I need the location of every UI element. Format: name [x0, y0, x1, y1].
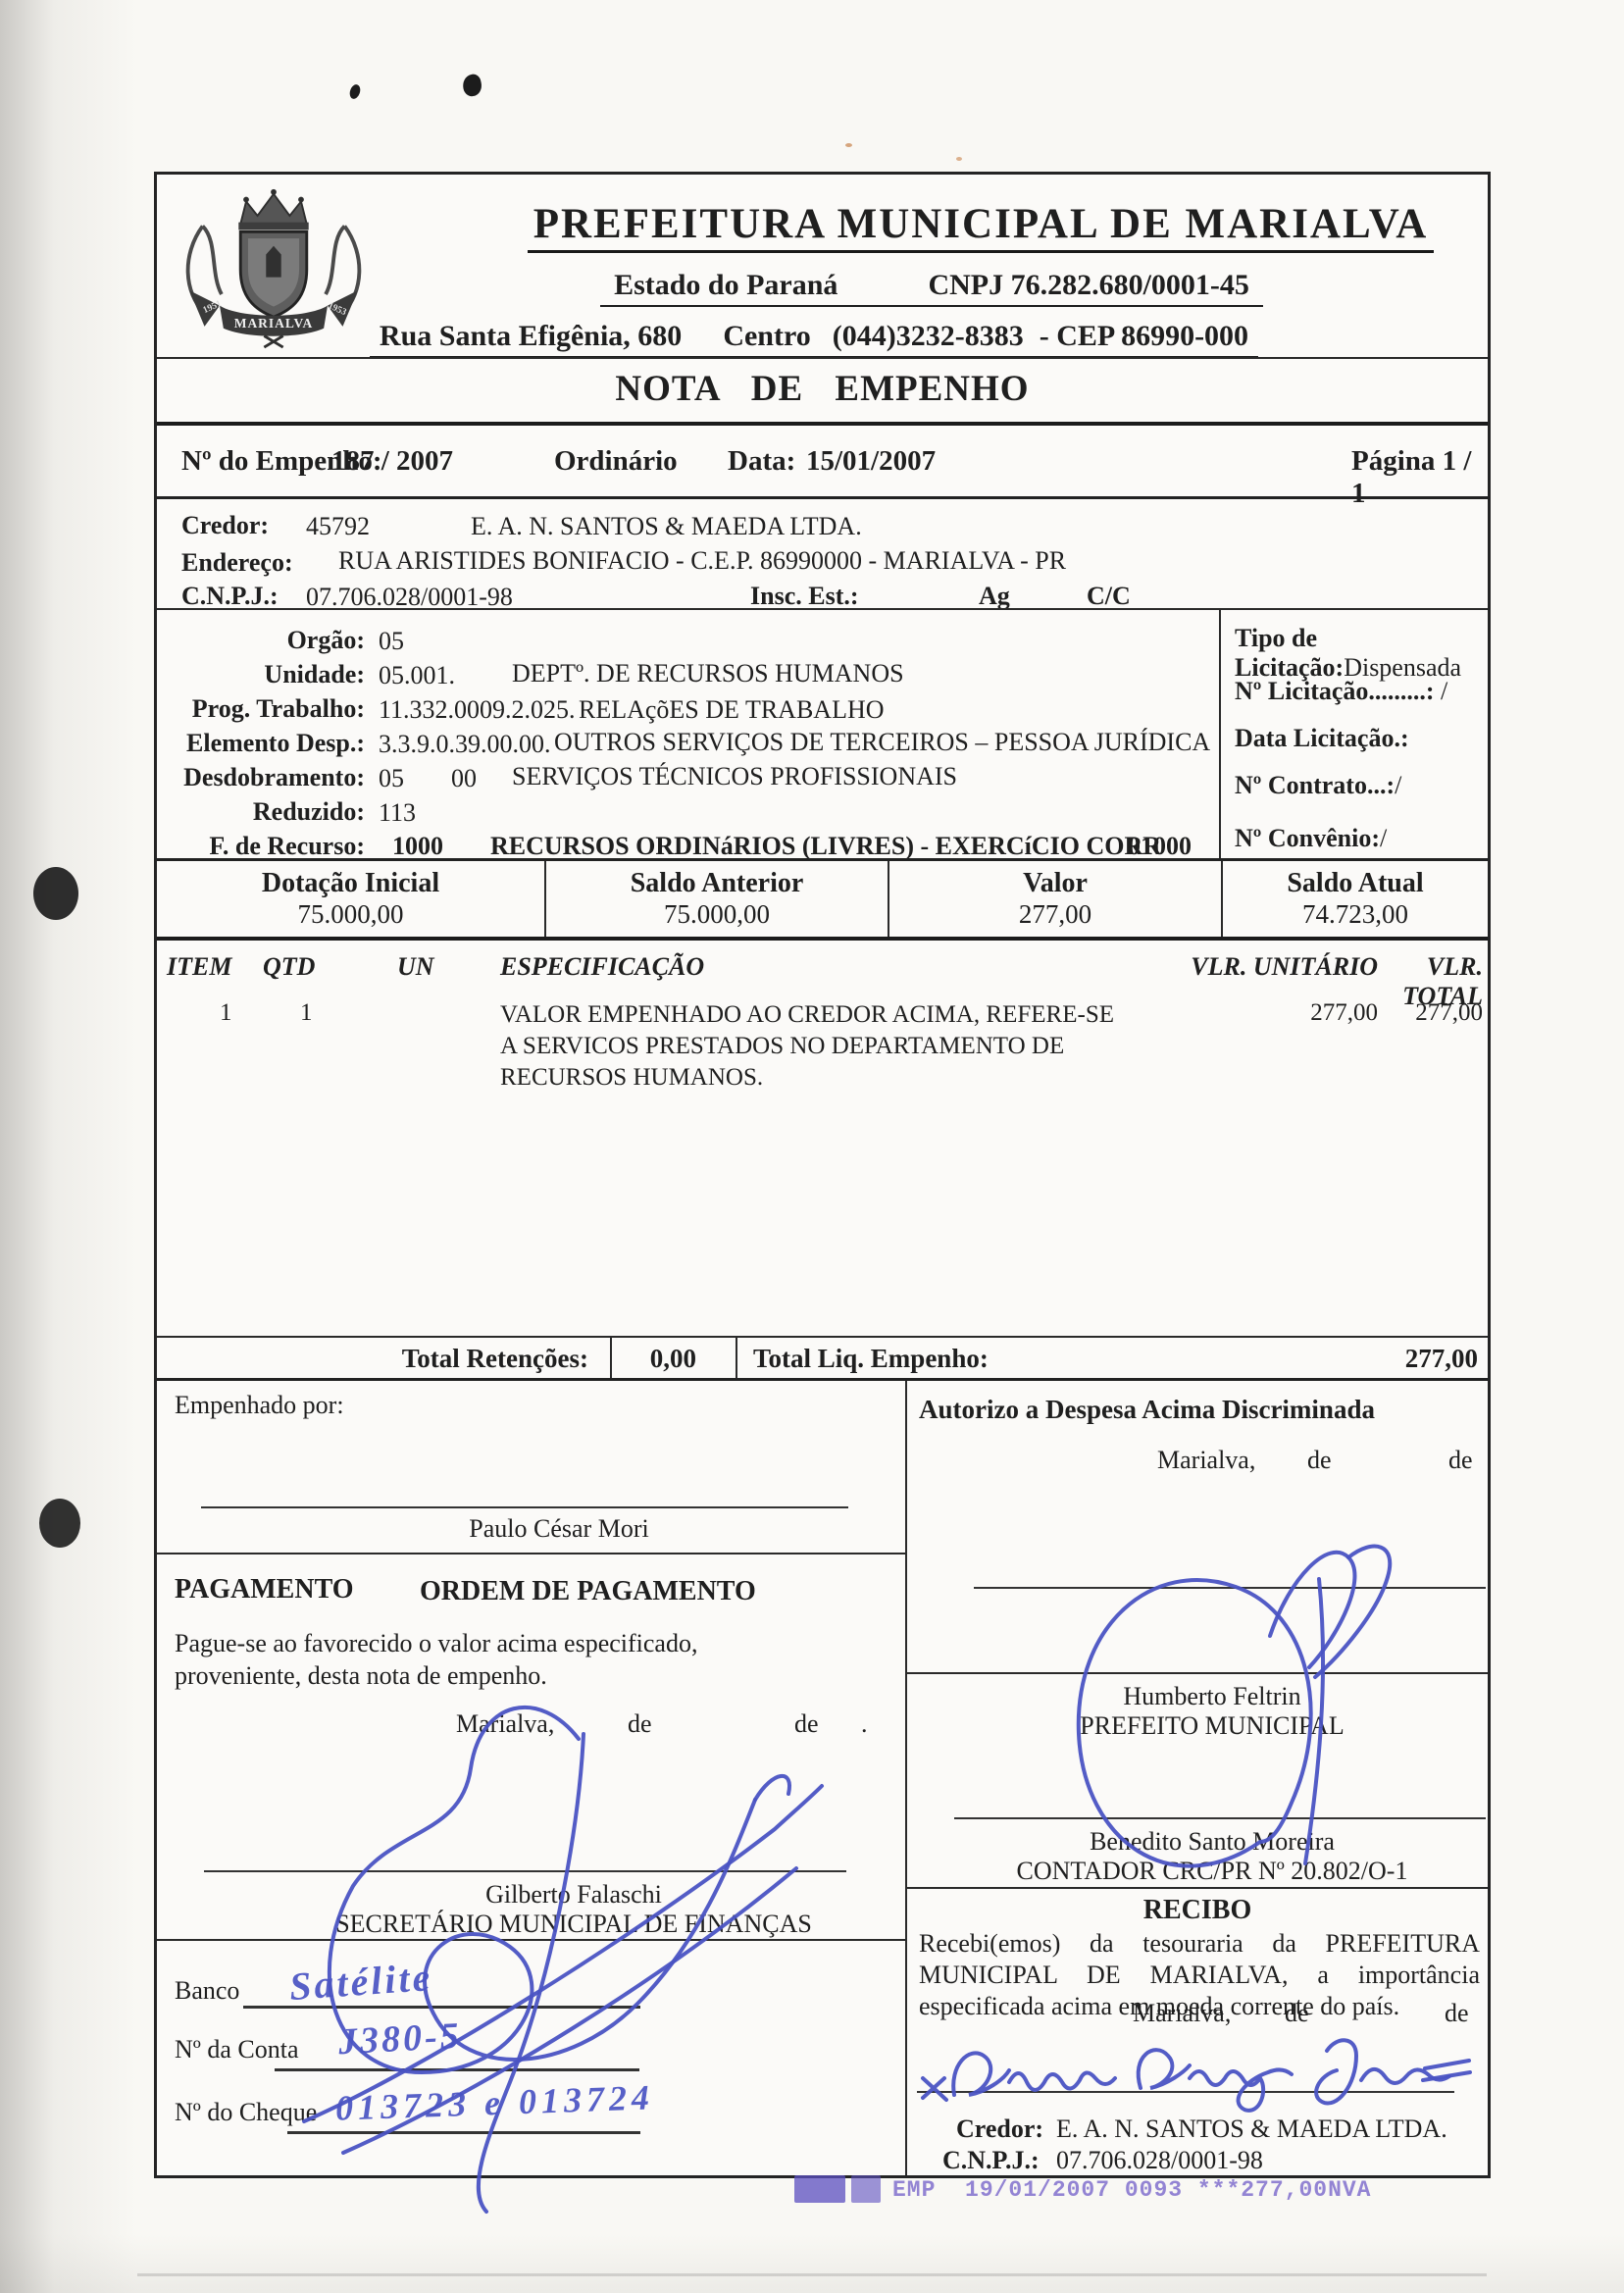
form-header: MARIALVA 1951 1953 PREFEITURA MUNICIPAL … — [157, 175, 1488, 357]
secretario-signature-line — [204, 1870, 846, 1872]
cheque-handwritten-value: 013723 e 013724 — [334, 2076, 654, 2128]
saldo-atual-cell: Saldo Atual 74.723,00 — [1223, 861, 1488, 937]
item-number: 1 — [220, 999, 232, 1027]
empenho-date-label: Data: — [728, 445, 795, 478]
recibo-cnpj-value: 07.706.028/0001-98 — [1056, 2146, 1263, 2175]
dotacao-inicial-value: 75.000,00 — [157, 899, 544, 930]
col-especificacao: ESPECIFICAÇÃO — [500, 952, 704, 982]
empenho-number-row: Nº do Empenho: 187 / 2007 Ordinário Data… — [157, 422, 1488, 496]
cidade-data-line: Marialva, — [1157, 1446, 1255, 1475]
totais-row: Total Retenções: 0,00 Total Liq. Empenho… — [157, 1336, 1488, 1381]
totais-divider — [736, 1338, 737, 1378]
num-contrato-label: Nº Contrato...: — [1235, 771, 1395, 799]
pague-se-text: Pague-se ao favorecido o valor acima esp… — [175, 1627, 802, 1692]
fonte-recurso-extra: 01000 — [1128, 832, 1192, 861]
ag-label: Ag — [979, 582, 1010, 611]
doc-title: NOTA DE EMPENHO — [615, 368, 1029, 410]
org-cnpj: CNPJ 76.282.680/0001-45 — [928, 269, 1248, 301]
budget-section: Orgão: 05 Unidade: 05.001. DEPTº. DE REC… — [157, 608, 1488, 858]
cc-label: C/C — [1087, 582, 1131, 611]
pagamento-title: PAGAMENTO — [175, 1574, 354, 1605]
elemento-desp-code: 3.3.9.0.39.00.00. — [379, 730, 551, 759]
ordem-pagamento-title: ORDEM DE PAGAMENTO — [420, 1576, 756, 1607]
scanned-page: MARIALVA 1951 1953 PREFEITURA MUNICIPAL … — [0, 0, 1624, 2293]
prefeito-cargo: PREFEITO MUNICIPAL — [937, 1711, 1488, 1741]
recibo-cnpj-label: C.N.P.J.: — [942, 2146, 1040, 2175]
speck — [956, 157, 962, 161]
contador-signature-line — [954, 1817, 1486, 1819]
desdobramento-label: Desdobramento: — [157, 763, 365, 792]
item-vlr-total: 277,00 — [1383, 999, 1483, 1027]
valor-value: 277,00 — [889, 899, 1221, 930]
conta-label: Nº da Conta — [175, 2035, 298, 2064]
valor-title: Valor — [889, 868, 1221, 899]
left-column: Empenhado por: Paulo César Mori PAGAMENT… — [157, 1381, 907, 2175]
recibo-credor-label: Credor: — [956, 2115, 1043, 2144]
unidade-label: Unidade: — [157, 660, 365, 689]
unidade-desc: DEPTº. DE RECURSOS HUMANOS — [512, 659, 904, 688]
banco-handwritten-value: Satélite — [288, 1954, 434, 2010]
total-liq-value: 277,00 — [1360, 1344, 1478, 1374]
prog-trabalho-label: Prog. Trabalho: — [157, 694, 365, 724]
saldos-strip: Dotação Inicial 75.000,00 Saldo Anterior… — [157, 858, 1488, 937]
insc-est-label: Insc. Est.: — [750, 582, 859, 611]
autorizo-title: Autorizo a Despesa Acima Discriminada — [919, 1395, 1375, 1425]
pagamento-box: PAGAMENTO ORDEM DE PAGAMENTO Pague-se ao… — [157, 1554, 905, 2175]
item-vlr-unitario: 277,00 — [1157, 999, 1378, 1027]
de-placeholder: de — [1448, 1446, 1473, 1475]
num-licitacao-value: / — [1441, 677, 1447, 705]
endereco-value: RUA ARISTIDES BONIFACIO - C.E.P. 8699000… — [338, 546, 1066, 576]
org-district: Centro — [723, 320, 810, 352]
total-retencoes-label: Total Retenções: — [294, 1344, 588, 1374]
desdobramento-desc: SERVIÇOS TÉCNICOS PROFISSIONAIS — [512, 762, 957, 791]
contador-nome: Benedito Santo Moreira — [937, 1827, 1488, 1857]
stamp-block — [794, 2175, 845, 2203]
endereco-label: Endereço: — [181, 548, 293, 578]
prog-trabalho-desc: RELAçõES DE TRABALHO — [579, 695, 885, 725]
fonte-recurso-code: 1000 — [392, 832, 443, 861]
total-retencoes-value: 0,00 — [618, 1344, 696, 1374]
de-placeholder: de — [794, 1709, 819, 1739]
desdobramento-extra: 00 — [451, 764, 477, 793]
autorizo-box: Autorizo a Despesa Acima Discriminada Ma… — [907, 1381, 1488, 1674]
punch-hole-mark — [33, 867, 78, 920]
credor-section: Credor: 45792 E. A. N. SANTOS & MAEDA LT… — [157, 496, 1488, 608]
dotacao-inicial-cell: Dotação Inicial 75.000,00 — [157, 861, 546, 937]
saldo-anterior-cell: Saldo Anterior 75.000,00 — [546, 861, 889, 937]
empenhado-box: Empenhado por: Paulo César Mori — [157, 1381, 905, 1554]
org-cep: - CEP 86990-000 — [1040, 320, 1248, 352]
doc-title-band: NOTA DE EMPENHO — [157, 357, 1488, 422]
recibo-title: RECIBO — [907, 1895, 1488, 1926]
banco-label: Banco — [175, 1976, 239, 2006]
licitacao-panel: Tipo de Licitação:Dispensada Nº Licitaçã… — [1219, 610, 1488, 858]
itens-table: ITEM QTD UN ESPECIFICAÇÃO VLR. UNITÁRIO … — [157, 937, 1488, 1336]
stamp-block — [851, 2175, 881, 2203]
de-placeholder: de — [1307, 1446, 1332, 1475]
empenho-date-value: 15/01/2007 — [806, 445, 936, 478]
item-especificacao: VALOR EMPENHADO AO CREDOR ACIMA, REFERE-… — [500, 999, 1128, 1094]
num-licitacao-label: Nº Licitação.........: — [1235, 677, 1435, 705]
org-title-line: PREFEITURA MUNICIPAL DE MARIALVA — [451, 200, 1510, 253]
reduzido-value: 113 — [379, 798, 416, 828]
saldo-anterior-title: Saldo Anterior — [546, 868, 888, 899]
prefeito-box: Humberto Feltrin PREFEITO MUNICIPAL Bene… — [907, 1674, 1488, 1889]
col-item: ITEM — [167, 952, 231, 982]
org-state: Estado do Paraná — [614, 269, 837, 301]
cnpj-label: C.N.P.J.: — [181, 582, 279, 611]
org-phone: (044)3232-8383 — [833, 320, 1024, 352]
col-vlr-unitario: VLR. UNITÁRIO — [1157, 952, 1378, 982]
cheque-line — [287, 2131, 640, 2134]
fonte-recurso-desc: RECURSOS ORDINáRIOS (LIVRES) - EXERCíCIO… — [490, 832, 1161, 861]
col-qtd: QTD — [263, 952, 315, 982]
num-convenio-value: / — [1380, 824, 1387, 852]
orgao-label: Orgão: — [157, 626, 365, 655]
pagamento-divider — [157, 1939, 905, 1941]
orgao-value: 05 — [379, 627, 404, 656]
cidade-data-line: Marialva, — [1133, 1999, 1231, 2028]
totais-divider — [610, 1338, 612, 1378]
credor-label: Credor: — [181, 511, 269, 540]
credor-code: 45792 — [306, 512, 370, 541]
conta-line — [275, 2068, 639, 2071]
org-title: PREFEITURA MUNICIPAL DE MARIALVA — [528, 200, 1435, 253]
empenhado-signature-line — [201, 1506, 848, 1508]
saldo-anterior-value: 75.000,00 — [546, 899, 888, 930]
cidade-data-line: Marialva, — [456, 1709, 554, 1739]
right-column: Autorizo a Despesa Acima Discriminada Ma… — [907, 1381, 1488, 2175]
conta-handwritten-value: J380-5 — [337, 2014, 463, 2064]
dotacao-inicial-title: Dotação Inicial — [157, 868, 544, 899]
saldo-atual-title: Saldo Atual — [1223, 868, 1488, 899]
prefeito-signature-line — [974, 1587, 1486, 1589]
reduzido-label: Reduzido: — [157, 797, 365, 827]
prog-trabalho-code: 11.332.0009.2.025. — [379, 695, 576, 725]
recibo-box: RECIBO Recebi(emos) da tesouraria da PRE… — [907, 1889, 1488, 2179]
valor-cell: Valor 277,00 — [889, 861, 1223, 937]
stamp-text: EMP 19/01/2007 0093 ***277,00NVA — [892, 2177, 1371, 2203]
contador-cargo: CONTADOR CRC/PR Nº 20.802/O-1 — [937, 1857, 1488, 1886]
empenho-type: Ordinário — [554, 445, 678, 478]
empenho-number-value: 187 / 2007 — [331, 445, 453, 478]
desdobramento-code: 05 — [379, 764, 404, 793]
period-mark: . — [861, 1709, 868, 1739]
elemento-desp-desc: OUTROS SERVIÇOS DE TERCEIROS – PESSOA JU… — [554, 728, 1210, 757]
empenhado-por-label: Empenhado por: — [175, 1391, 344, 1420]
secretario-nome: Gilberto Falaschi — [245, 1880, 902, 1910]
total-liq-label: Total Liq. Empenho: — [753, 1344, 989, 1374]
de-placeholder: de — [1285, 1999, 1309, 2028]
org-address: Rua Santa Efigênia, 680 — [380, 320, 682, 352]
signatures-section: Empenhado por: Paulo César Mori PAGAMENT… — [157, 1381, 1488, 2175]
num-contrato-value: / — [1395, 771, 1401, 799]
empenhado-nome: Paulo César Mori — [216, 1514, 902, 1544]
cheque-label: Nº do Cheque — [175, 2098, 317, 2127]
saldo-atual-value: 74.723,00 — [1223, 899, 1488, 930]
elemento-desp-label: Elemento Desp.: — [157, 729, 365, 758]
ink-blot — [348, 83, 362, 100]
item-qtd: 1 — [300, 999, 313, 1027]
fonte-recurso-label: F. de Recurso: — [157, 832, 365, 861]
de-placeholder: de — [1445, 1999, 1469, 2028]
col-un: UN — [397, 952, 434, 982]
org-subtitle-line: Estado do ParanáCNPJ 76.282.680/0001-45 — [392, 269, 1471, 307]
org-address-line: Rua Santa Efigênia, 680Centro(044)3232-8… — [255, 320, 1373, 358]
punch-hole-mark — [39, 1499, 80, 1548]
budget-left: Orgão: 05 Unidade: 05.001. DEPTº. DE REC… — [157, 610, 1219, 858]
secretario-cargo: SECRETÁRIO MUNICIPAL DE FINANÇAS — [245, 1910, 902, 1939]
nota-empenho-form: MARIALVA 1951 1953 PREFEITURA MUNICIPAL … — [154, 172, 1491, 2178]
recibo-signature-line — [917, 2091, 1454, 2093]
data-licitacao-label: Data Licitação.: — [1235, 724, 1409, 753]
speck — [845, 143, 852, 147]
de-placeholder: de — [628, 1709, 652, 1739]
prefeito-nome: Humberto Feltrin — [937, 1682, 1488, 1711]
tipo-licitacao-label: Tipo de Licitação: — [1235, 624, 1344, 682]
scanner-edge-shadow — [137, 2273, 1487, 2276]
credor-name: E. A. N. SANTOS & MAEDA LTDA. — [471, 512, 862, 541]
ink-blot — [461, 73, 483, 97]
num-convenio-label: Nº Convênio: — [1235, 824, 1380, 852]
recibo-credor-nome: E. A. N. SANTOS & MAEDA LTDA. — [1056, 2115, 1447, 2144]
unidade-code: 05.001. — [379, 661, 455, 690]
